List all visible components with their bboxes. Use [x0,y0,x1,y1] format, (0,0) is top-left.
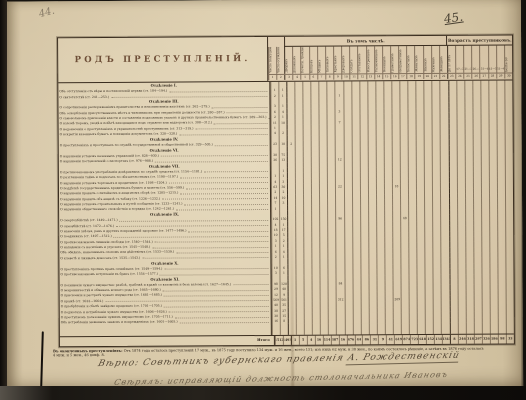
data-cell [393,323,401,334]
data-cell [498,322,506,333]
column-header-label: Вдовыхъ [424,57,427,73]
column-number: 11 [350,74,358,79]
data-cell: 33 [506,334,514,343]
column-number: 12 [358,74,366,79]
column-header: Дворянъ [284,47,292,74]
column-header-label: Купцовъ [310,58,313,73]
data-cell: 874 [402,335,410,344]
data-cell: 134 [434,335,442,344]
table-header: РОДЪ ПРЕСТУПЛЕНІЙ. Въ томъ числѣ. Возрас… [58,35,512,83]
column-number: 4 [293,75,301,80]
pencil-page-mark: 44. [38,6,56,21]
data-cell: 44 [354,335,362,344]
column-header-label: Число осужденныхъ [277,47,280,74]
data-cell [482,322,490,333]
paper-sheet: 44. 45. РОДЪ ПРЕСТУПЛЕНІЙ. Въ томъ числѣ… [5,0,523,390]
data-cell [344,323,352,334]
data-cell [385,323,393,334]
column-header: Иностранцевъ [366,46,374,73]
column-header-label: Разночинцевъ [375,49,378,74]
column-header: Вдовыхъ [423,46,431,73]
column-header-label: Цеховыхъ [326,56,329,74]
data-cell [449,323,457,334]
data-cell: 723 [410,335,418,344]
column-header-label: Женщинъ [440,55,443,73]
totals-row: Итого15121493154161143871647644863194161… [60,333,514,346]
column-number: 2 [276,75,284,80]
column-header-label: Женатыхъ [416,54,419,73]
column-header-label: Почетн. гражданъ [301,47,304,74]
ink-page-number: 45. [443,10,464,27]
column-header-label: 31—41 [481,67,488,72]
column-number: 24 [455,74,463,79]
column-header-label: 26—31 [473,67,480,72]
group-blank [268,37,284,47]
data-cell [360,323,368,334]
column-header: 17—21 [455,46,463,73]
column-number: 1 [268,75,276,80]
data-cell: 186 [490,334,498,343]
data-cell: 476 [346,335,354,344]
data-cell [377,323,385,334]
column-number: 9 [333,75,341,80]
data-cell: 318 [466,335,474,344]
column-number: 18 [406,74,414,79]
handwritten-note: Свѣрялъ: исправляющій должность столонач… [113,370,449,387]
column-number: 20 [423,74,431,79]
totals-label: Итого [60,336,275,346]
data-cell: 114 [323,335,331,344]
column-header-label: Духовныхъ [293,54,296,73]
column-number: 26 [472,74,480,79]
data-cell [369,323,377,334]
data-cell [433,323,441,334]
signature: А. Рождественскій [346,351,461,366]
column-header: Число подсудимыхъ [268,47,276,74]
data-cell: 16 [315,336,323,345]
column-number: 15 [382,74,390,79]
column-header-label: Число подсудимыхъ [269,47,272,74]
data-cell [474,323,482,334]
column-header-label: Неграмотныхъ [399,48,402,73]
data-cell [304,324,312,335]
column-number: 30 [504,73,512,78]
dotted-leader [233,284,268,285]
column-header: Дворовыхъ [341,46,349,73]
column-number: 6 [309,75,317,80]
column-header-label: Мѣщанъ [318,58,321,73]
column-header-label: Солдатъ [350,58,353,73]
data-cell [465,323,473,334]
column-header: Холостыхъ [406,46,414,73]
column-header: Солдатъ [349,46,357,73]
footnote-line2: 4 муж. и 5 жен., 46 конф. 8. [53,353,105,357]
header-right-area: Въ томъ числѣ. Возрастъ преступниковъ. Ч… [268,35,512,80]
data-cell: 4 [307,336,315,345]
data-cell [272,324,280,335]
column-header-label: Мужчинъ [432,55,435,73]
data-cell: 618 [418,335,426,344]
column-number: 3 [284,75,292,80]
column-header: 51—60 [496,46,504,73]
data-cell [312,324,320,335]
data-cell [352,323,360,334]
column-number: 17 [398,74,406,79]
scan-edge-bottom [0,386,526,400]
column-header: Купцовъ [309,47,317,74]
table-title: РОДЪ ПРЕСТУПЛЕНІЙ. [75,54,251,65]
data-cell: 246 [458,335,466,344]
column-header: Грамотныхъ [390,46,398,73]
column-number: 21 [431,74,439,79]
data-cell: 326 [482,334,490,343]
data-cell [457,323,465,334]
scan-edge-right [521,0,526,400]
column-header: Цеховыхъ [325,47,333,74]
column-header-label: Холостыхъ [407,54,410,73]
column-number: 5 [301,75,309,80]
column-header: Женщинъ [439,46,447,73]
column-number: 27 [480,74,488,79]
column-header: Мужчинъ [431,46,439,73]
column-header: Крестьянъ [333,47,341,74]
column-number: 16 [390,74,398,79]
data-cell: 387 [330,335,338,344]
data-cell: 31 [370,335,378,344]
column-header: Военныхъ [382,46,390,73]
column-number: 19 [415,74,423,79]
header-left-cell: РОДЪ ПРЕСТУПЛЕНІЙ. [58,37,268,82]
data-cell [296,324,304,335]
column-label-row: Число подсудимыхъЧисло осужденныхъДворян… [268,45,512,73]
row-cells: 1512149315416114387164764486319416198747… [275,334,514,344]
column-header: Неграмотныхъ [398,46,406,73]
data-cell [320,323,328,334]
data-cell [506,322,514,333]
column-header: 26—31 [471,46,479,73]
column-header: Почетн. гражданъ [300,47,308,74]
column-number: 13 [366,74,374,79]
column-header-label: 17—21 [456,67,463,72]
column-header: Число осужденныхъ [276,47,284,74]
statistics-table: РОДЪ ПРЕСТУПЛЕНІЙ. Въ томъ числѣ. Возрас… [57,34,515,347]
column-number: 25 [463,74,471,79]
data-cell [417,323,425,334]
column-header-label: Дворянъ [285,58,288,74]
column-header-label: Дворовыхъ [342,54,345,73]
data-cell [328,323,336,334]
column-number: 14 [374,74,382,79]
column-number: 23 [447,74,455,79]
column-header: Разночинцевъ [374,46,382,73]
column-header: Болѣе 60 [504,45,512,72]
data-cell: 8 [450,335,458,344]
column-header-label: 21—26 [464,67,471,72]
data-cell: 98 [498,334,506,343]
column-number: 22 [439,74,447,79]
column-header: Духовныхъ [292,47,300,74]
column-header-label: Грамотныхъ [391,52,394,74]
data-cell: 1341 [442,335,450,344]
data-cell: 1512 [275,336,283,345]
column-header-label: До 17 лѣтъ [448,54,451,73]
column-header: 21—26 [463,46,471,73]
ink-stroke-mark [40,331,44,387]
data-cell [425,323,433,334]
scan-edge-left [0,0,7,400]
column-header-label: 51—60 [497,67,504,72]
data-cell: 5 [299,336,307,345]
data-cell: 16 [338,335,346,344]
column-header: Мѣщанъ [317,47,325,74]
table-body: Отдѣленіе I.Объ отступленіи отъ вѣры и п… [58,80,514,346]
column-header: 41—51 [488,46,496,73]
data-cell [336,323,344,334]
column-header: До 17 лѣтъ [447,46,455,73]
column-header-label: Крестьянъ [334,55,337,74]
scanned-page: 44. 45. РОДЪ ПРЕСТУПЛЕНІЙ. Въ томъ числѣ… [0,0,526,400]
column-header: 31—41 [480,46,488,73]
data-cell: 152 [426,335,434,344]
data-cell: 41 [386,335,394,344]
column-number: 28 [488,74,496,79]
column-header-label: 41—51 [489,67,496,72]
data-cell: 619 [394,335,402,344]
column-header-label: Болѣе 60 [505,56,508,72]
column-number: 29 [496,74,504,79]
column-header-label: Военныхъ [383,55,386,73]
column-number: 7 [317,75,325,80]
column-header: Отставныхъ [357,46,365,73]
data-cell [280,324,288,335]
data-cell [409,323,417,334]
data-cell: 86 [362,335,370,344]
column-number: 10 [341,74,349,79]
data-cell [441,323,449,334]
column-header-label: Отставныхъ [359,52,362,73]
column-header: Женатыхъ [414,46,422,73]
data-cell [401,323,409,334]
column-header-label: Иностранцевъ [367,49,370,74]
data-cell [490,322,498,333]
column-number: 8 [325,75,333,80]
data-cell: 9 [378,335,386,344]
data-cell: 297 [474,335,482,344]
data-cell: 1493 [283,336,291,345]
group-age: Возрастъ преступниковъ. [446,35,512,45]
